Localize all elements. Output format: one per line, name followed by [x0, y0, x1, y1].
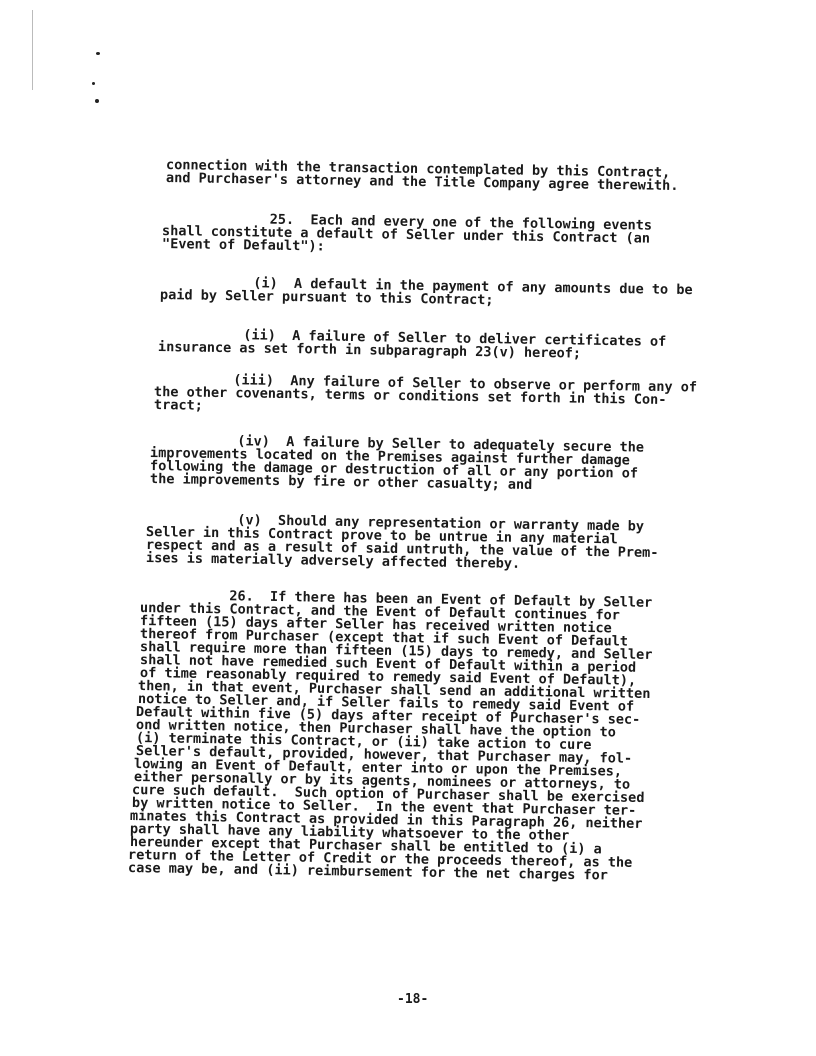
text-line: "Event of Default"): [162, 237, 325, 254]
document-page: connection with the transaction contempl… [0, 0, 816, 1056]
page-number: -18- [397, 992, 428, 1007]
scan-speck [95, 99, 99, 103]
text-line: paid by Seller pursuant to this Contract… [160, 288, 494, 307]
scan-speck [92, 82, 95, 85]
scan-margin-line [32, 10, 33, 90]
scan-speck [96, 52, 100, 55]
text-line: tract; [154, 398, 203, 413]
